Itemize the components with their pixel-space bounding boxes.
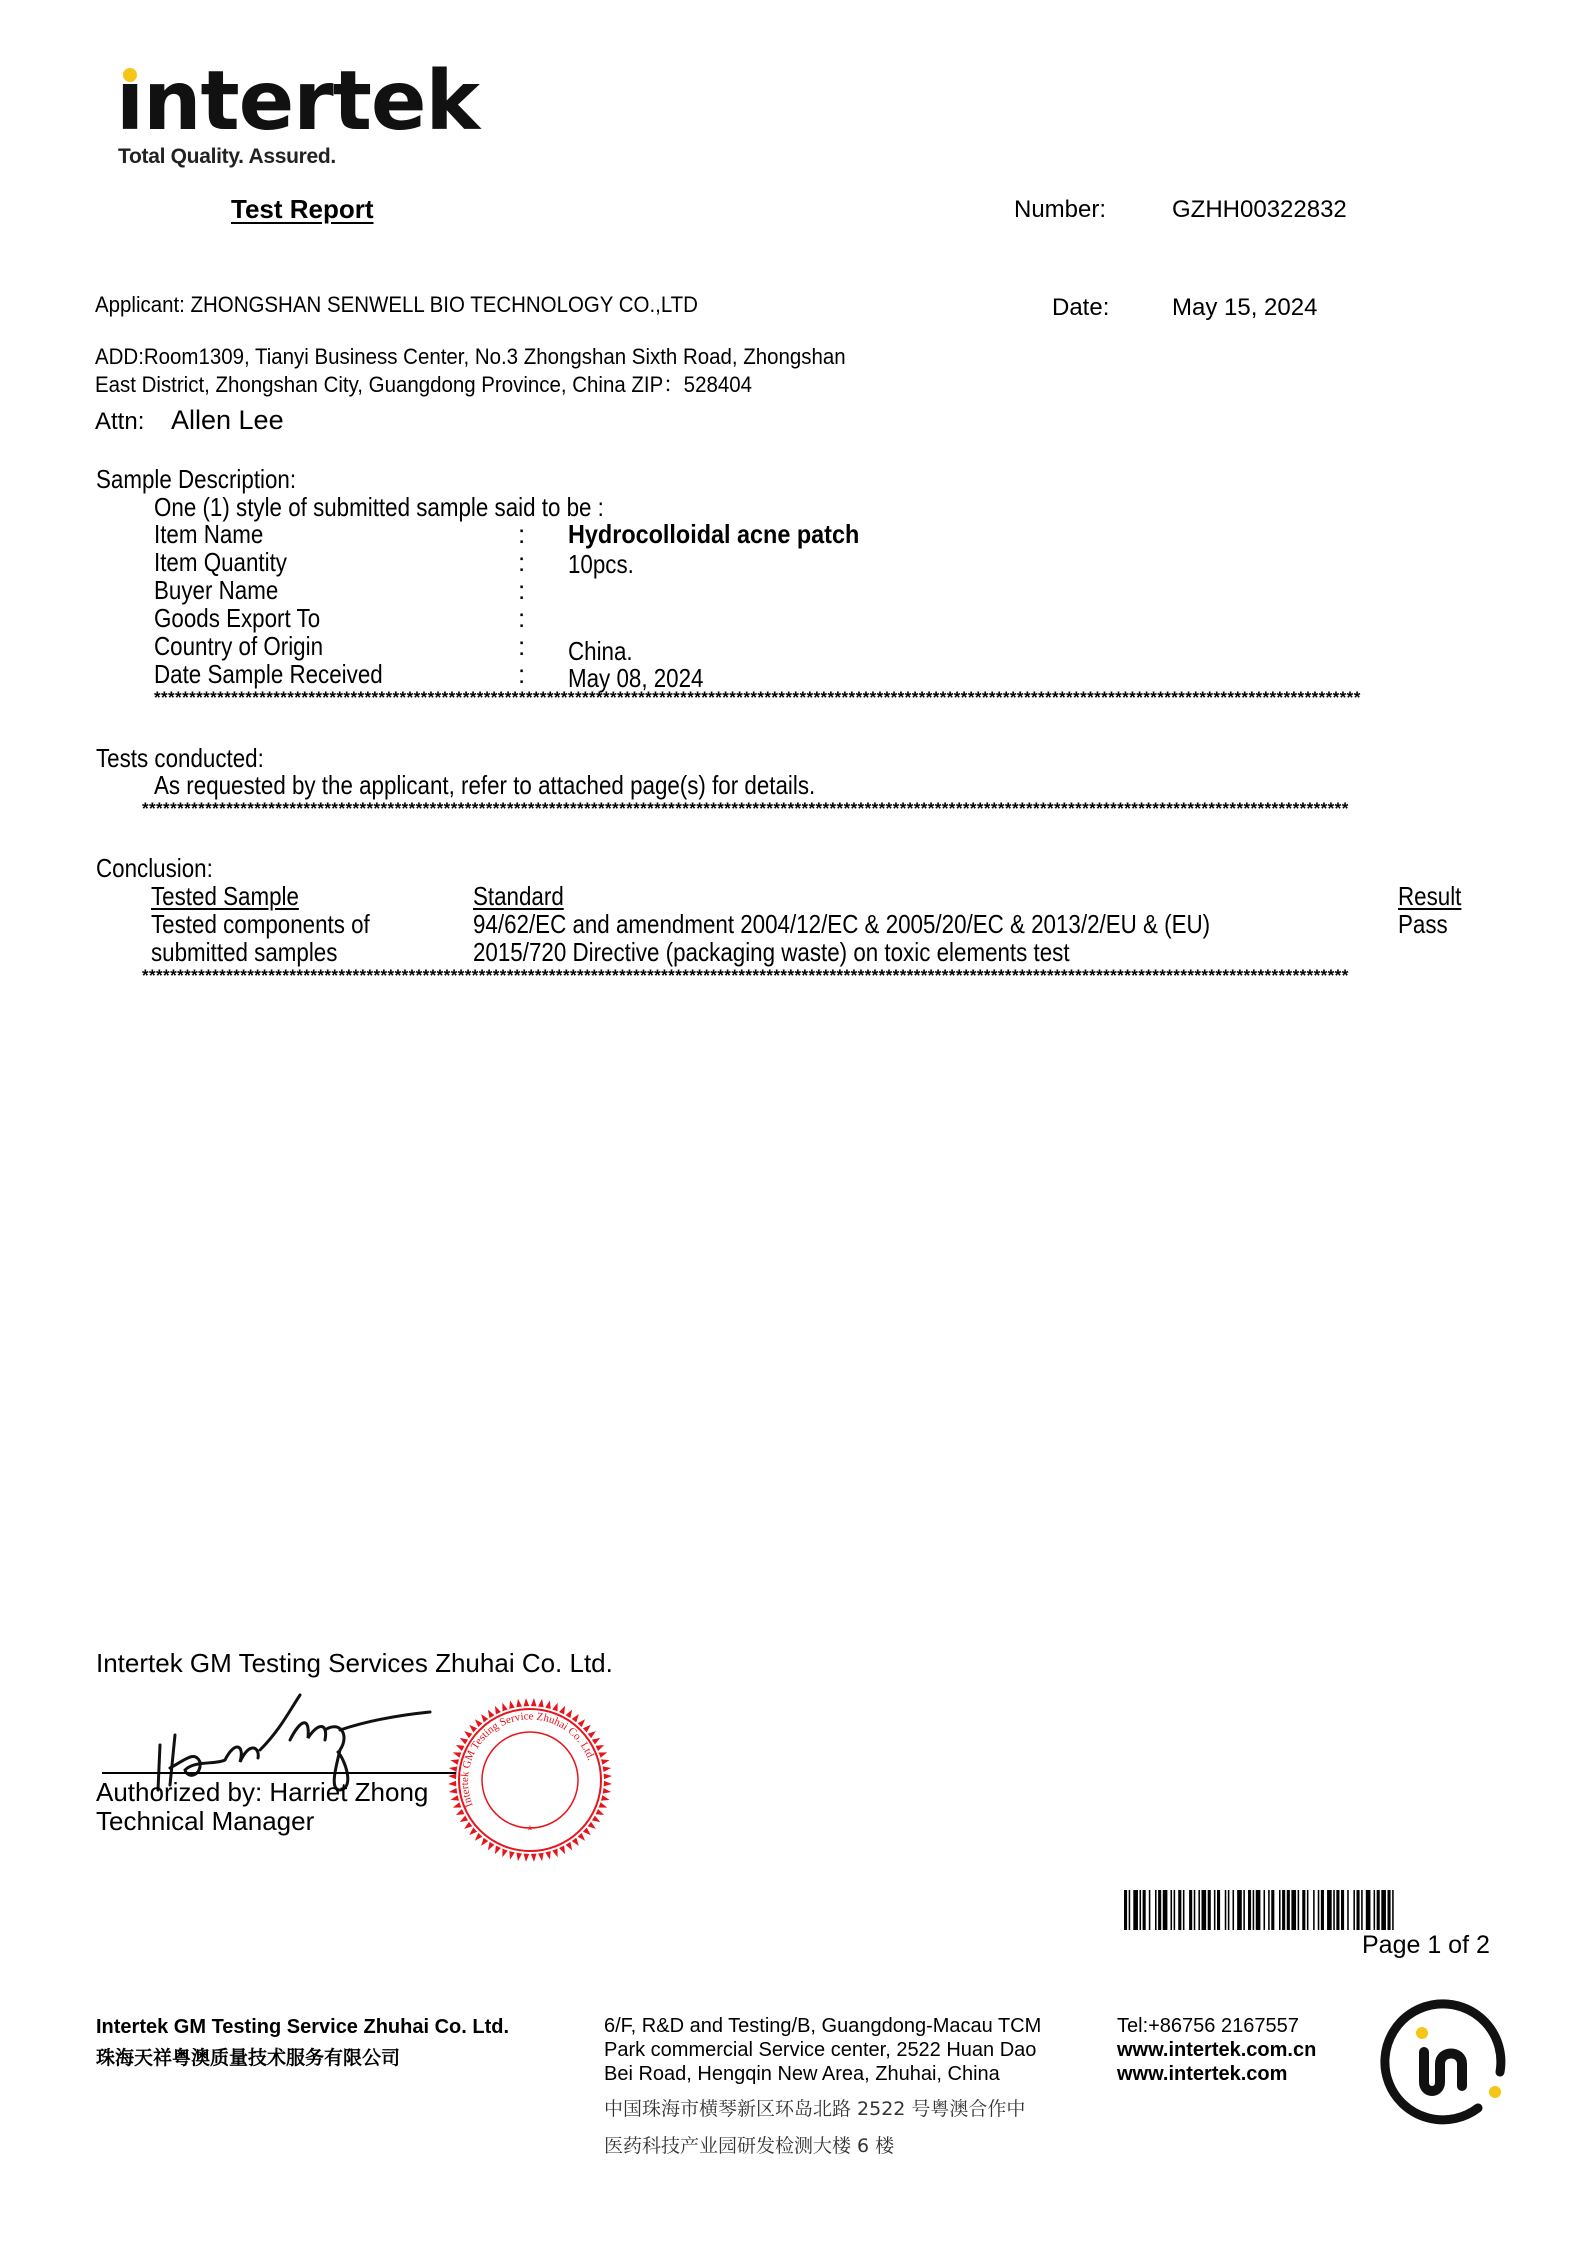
sample-row-colon: :: [518, 631, 525, 662]
company-stamp-icon: Intertek GM Testing Service Zhuhai Co. L…: [445, 1695, 615, 1865]
col-result: Result: [1398, 881, 1461, 912]
item-quantity-value: 10pcs.: [568, 549, 634, 580]
footer-tel: Tel:+86756 2167557: [1117, 2014, 1299, 2038]
sample-row-colon: :: [518, 603, 525, 634]
intertek-in-logo-icon: [1378, 1990, 1518, 2130]
tested-sample-line1: Tested components of: [151, 909, 370, 940]
footer-address-cn-line2: 医药科技产业园研发检测大楼 6 楼: [604, 2131, 894, 2158]
logo-wordmark: intertek: [116, 54, 479, 149]
result-value: Pass: [1398, 909, 1448, 940]
separator-stars: ****************************************…: [154, 688, 1468, 708]
sample-description-heading: Sample Description:: [96, 464, 296, 495]
tests-conducted-text: As requested by the applicant, refer to …: [154, 770, 815, 801]
logo-tagline: Total Quality. Assured.: [118, 145, 336, 169]
date-label: Date:: [1052, 294, 1109, 322]
attn-label: Attn:: [95, 408, 144, 436]
sample-row-colon: :: [518, 659, 525, 690]
separator-stars: ****************************************…: [142, 799, 1462, 819]
authorized-by: Authorized by: Harriet Zhong: [96, 1777, 428, 1808]
report-number: GZHH00322832: [1172, 196, 1347, 224]
attn-value: Allen Lee: [171, 405, 284, 436]
footer-address-line1: 6/F, R&D and Testing/B, Guangdong-Macau …: [604, 2014, 1041, 2038]
logo-dot-icon: [123, 68, 137, 82]
applicant-address-line1: ADD:Room1309, Tianyi Business Center, No…: [95, 344, 846, 370]
intertek-logo: intertek Total Quality. Assured.: [116, 60, 436, 180]
footer-address-cn-line1: 中国珠海市横琴新区环岛北路 2522 号粤澳合作中: [604, 2094, 1025, 2121]
page-indicator: Page 1 of 2: [1362, 1931, 1490, 1960]
barcode-icon: [1124, 1890, 1499, 1930]
standard-line1: 94/62/EC and amendment 2004/12/EC & 2005…: [473, 909, 1210, 940]
footer-company-en: Intertek GM Testing Service Zhuhai Co. L…: [96, 2016, 509, 2039]
sample-row-label: Item Quantity: [154, 547, 287, 578]
item-name-value: Hydrocolloidal acne patch: [568, 519, 859, 550]
sample-row-colon: :: [518, 519, 525, 550]
sample-row-label: Goods Export To: [154, 603, 320, 634]
col-standard: Standard: [473, 881, 564, 912]
applicant-address-line2: East District, Zhongshan City, Guangdong…: [95, 368, 752, 399]
footer-web-link[interactable]: www.intertek.com: [1117, 2062, 1287, 2086]
svg-text:*: *: [527, 1822, 533, 1838]
report-title: Test Report: [231, 194, 374, 225]
number-label: Number:: [1014, 196, 1106, 224]
report-date: May 15, 2024: [1172, 294, 1317, 322]
applicant: Applicant: ZHONGSHAN SENWELL BIO TECHNOL…: [95, 292, 698, 318]
tested-sample-line2: submitted samples: [151, 937, 337, 968]
col-tested-sample: Tested Sample: [151, 881, 299, 912]
footer-address-line3: Bei Road, Hengqin New Area, Zhuhai, Chin…: [604, 2062, 1000, 2086]
signature-line: [102, 1772, 472, 1774]
footer-address-line2: Park commercial Service center, 2522 Hua…: [604, 2038, 1036, 2062]
separator-stars: ****************************************…: [142, 966, 1462, 986]
footer-web-cn-link[interactable]: www.intertek.com.cn: [1117, 2038, 1316, 2062]
sample-row-label: Item Name: [154, 519, 263, 550]
sample-row-colon: :: [518, 575, 525, 606]
sample-row-label: Country of Origin: [154, 631, 323, 662]
signoff-company: Intertek GM Testing Services Zhuhai Co. …: [96, 1648, 613, 1679]
footer-company-cn: 珠海天祥粤澳质量技术服务有限公司: [96, 2043, 400, 2070]
standard-line2: 2015/720 Directive (packaging waste) on …: [473, 937, 1070, 968]
sample-row-label: Date Sample Received: [154, 659, 383, 690]
sample-row-colon: :: [518, 547, 525, 578]
sample-row-label: Buyer Name: [154, 575, 278, 606]
signer-position: Technical Manager: [96, 1806, 314, 1837]
conclusion-heading: Conclusion:: [96, 853, 213, 884]
